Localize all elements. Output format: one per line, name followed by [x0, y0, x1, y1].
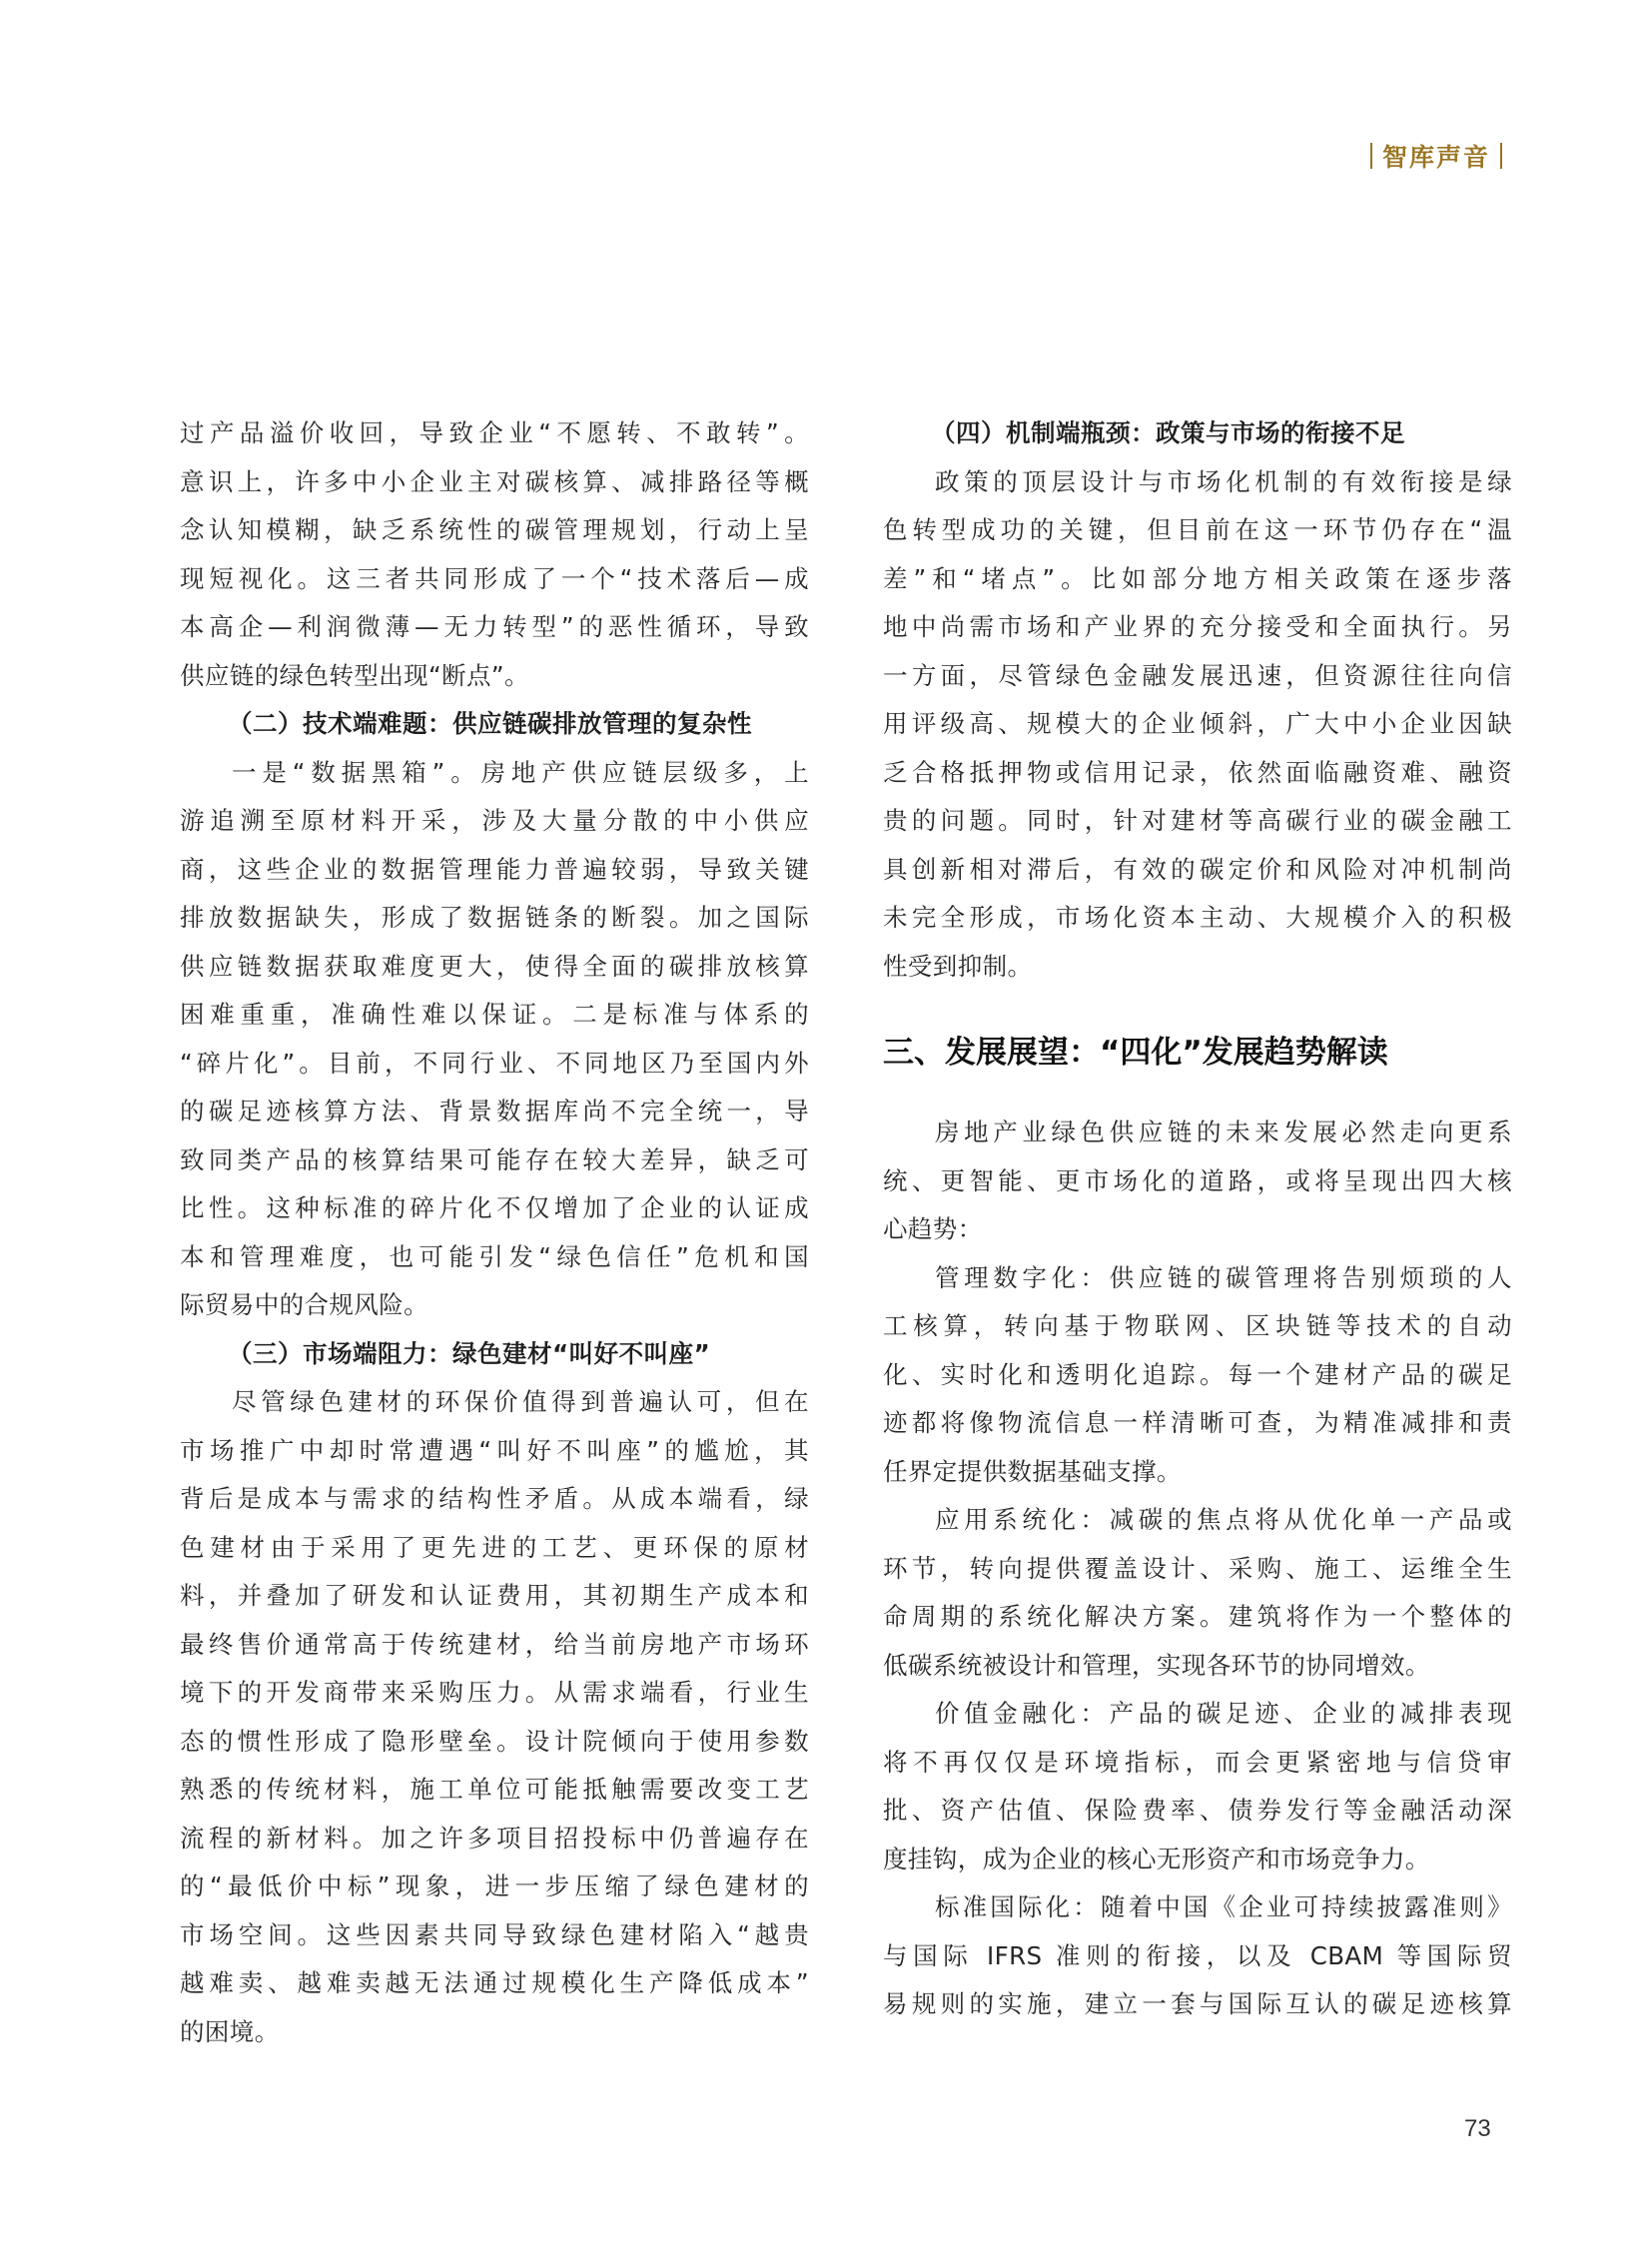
paragraph-trend-internationalization: 标准国际化：随着中国《企业可持续披露准则》 与国际 IFRS 准则的衔接，以及 … — [883, 1883, 1512, 2029]
text-line: 熟悉的传统材料，施工单位可能抵触需要改变工艺 — [180, 1766, 809, 1815]
text-line: 迹都将像物流信息一样清晰可查，为精准减排和责 — [883, 1399, 1512, 1448]
text-line: 与国际 IFRS 准则的衔接，以及 CBAM 等国际贸 — [883, 1932, 1512, 1981]
text-line: 际贸易中的合规风险。 — [180, 1281, 809, 1330]
text-line: 化、实时化和透明化追踪。每一个建材产品的碳足 — [883, 1351, 1512, 1400]
paragraph-technical: 一是“数据黑箱”。房地产供应链层级多，上 游追溯至原材料开采，涉及大量分散的中小… — [180, 749, 809, 1330]
text-line: 工核算，转向基于物联网、区块链等技术的自动 — [883, 1302, 1512, 1351]
subheading-mechanism: （四）机制端瓶颈：政策与市场的衔接不足 — [883, 409, 1512, 458]
text-line: 比性。这种标准的碎片化不仅增加了企业的认证成 — [180, 1184, 809, 1233]
text-line: 越难卖、越难卖越无法通过规模化生产降低成本” — [180, 1959, 809, 2008]
paragraph-mechanism: 政策的顶层设计与市场化机制的有效衔接是绿 色转型成功的关键，但目前在这一环节仍存… — [883, 458, 1512, 992]
text-line: 环节，转向提供覆盖设计、采购、施工、运维全生 — [883, 1545, 1512, 1594]
text-line: 批、资产估值、保险费率、债券发行等金融活动深 — [883, 1787, 1512, 1836]
paragraph-trend-systematization: 应用系统化：减碳的焦点将从优化单一产品或 环节，转向提供覆盖设计、采购、施工、运… — [883, 1496, 1512, 1690]
text-line: 乏合格抵押物或信用记录，依然面临融资难、融资 — [883, 749, 1512, 798]
text-line: 标准国际化：随着中国《企业可持续披露准则》 — [883, 1883, 1512, 1932]
text-line: 排放数据缺失，形成了数据链条的断裂。加之国际 — [180, 894, 809, 943]
text-line: 统、更智能、更市场化的道路，或将呈现出四大核 — [883, 1157, 1512, 1206]
page-number: 73 — [1464, 2115, 1491, 2143]
text-line: 命周期的系统化解决方案。建筑将作为一个整体的 — [883, 1593, 1512, 1642]
paragraph-trend-digitalization: 管理数字化：供应链的碳管理将告别烦琐的人 工核算，转向基于物联网、区块链等技术的… — [883, 1254, 1512, 1497]
text-line: 过产品溢价收回，导致企业“不愿转、不敢转”。 — [180, 409, 809, 458]
text-line: 的“最低价中标”现象，进一步压缩了绿色建材的 — [180, 1863, 809, 1911]
text-line: “碎片化”。目前，不同行业、不同地区乃至国内外 — [180, 1040, 809, 1089]
text-line: 低碳系统被设计和管理，实现各环节的协同增效。 — [883, 1642, 1512, 1691]
text-line: 意识上，许多中小企业主对碳核算、减排路径等概 — [180, 458, 809, 507]
text-line: 地中尚需市场和产业界的充分接受和全面执行。另 — [883, 603, 1512, 652]
column-tag: 智库声音 — [1370, 138, 1502, 174]
subheading-market: （三）市场端阻力：绿色建材“叫好不叫座” — [180, 1330, 809, 1379]
text-line: 供应链的绿色转型出现“断点”。 — [180, 652, 809, 701]
text-line: 政策的顶层设计与市场化机制的有效衔接是绿 — [883, 458, 1512, 507]
text-line: 商，这些企业的数据管理能力普遍较弱，导致关键 — [180, 846, 809, 895]
text-line: 性受到抑制。 — [883, 943, 1512, 992]
text-line: 应用系统化：减碳的焦点将从优化单一产品或 — [883, 1496, 1512, 1545]
text-line: 本和管理难度，也可能引发“绿色信任”危机和国 — [180, 1233, 809, 1282]
text-line: 游追溯至原材料开采，涉及大量分散的中小供应 — [180, 797, 809, 846]
left-column: 过产品溢价收回，导致企业“不愿转、不敢转”。 意识上，许多中小企业主对碳核算、减… — [180, 409, 809, 2056]
paragraph-continued: 过产品溢价收回，导致企业“不愿转、不敢转”。 意识上，许多中小企业主对碳核算、减… — [180, 409, 809, 700]
text-line: 差”和“堵点”。比如部分地方相关政策在逐步落 — [883, 555, 1512, 604]
text-line: 市场空间。这些因素共同导致绿色建材陷入“越贵 — [180, 1911, 809, 1960]
subheading-technical: （二）技术端难题：供应链碳排放管理的复杂性 — [180, 700, 809, 749]
text-line: 贵的问题。同时，针对建材等高碳行业的碳金融工 — [883, 797, 1512, 846]
text-line: 用评级高、规模大的企业倾斜，广大中小企业因缺 — [883, 700, 1512, 749]
text-line: 色建材由于采用了更先进的工艺、更环保的原材 — [180, 1524, 809, 1573]
text-line: 本高企—利润微薄—无力转型”的恶性循环，导致 — [180, 603, 809, 652]
text-line: 价值金融化：产品的碳足迹、企业的减排表现 — [883, 1690, 1512, 1739]
divider-bar-left — [1370, 143, 1372, 169]
text-line: 最终售价通常高于传统建材，给当前房地产市场环 — [180, 1621, 809, 1670]
text-line: 市场推广中却时常遭遇“叫好不叫座”的尴尬，其 — [180, 1427, 809, 1476]
text-line: 色转型成功的关键，但目前在这一环节仍存在“温 — [883, 506, 1512, 555]
text-line: 管理数字化：供应链的碳管理将告别烦琐的人 — [883, 1254, 1512, 1303]
text-line: 未完全形成，市场化资本主动、大规模介入的积极 — [883, 894, 1512, 943]
text-line: 念认知模糊，缺乏系统性的碳管理规划，行动上呈 — [180, 506, 809, 555]
text-line: 境下的开发商带来采购压力。从需求端看，行业生 — [180, 1669, 809, 1718]
text-line: 心趋势： — [883, 1205, 1512, 1254]
paragraph-market: 尽管绿色建材的环保价值得到普遍认可，但在 市场推广中却时常遭遇“叫好不叫座”的尴… — [180, 1378, 809, 2056]
text-line: 流程的新材料。加之许多项目招投标中仍普遍存在 — [180, 1815, 809, 1864]
text-line: 现短视化。这三者共同形成了一个“技术落后—成 — [180, 555, 809, 604]
text-line: 一方面，尽管绿色金融发展迅速，但资源往往向信 — [883, 652, 1512, 701]
text-line: 尽管绿色建材的环保价值得到普遍认可，但在 — [180, 1378, 809, 1427]
paragraph-intro: 房地产业绿色供应链的未来发展必然走向更系 统、更智能、更市场化的道路，或将呈现出… — [883, 1109, 1512, 1254]
text-line: 致同类产品的核算结果可能存在较大差异，缺乏可 — [180, 1136, 809, 1185]
text-line: 具创新相对滞后，有效的碳定价和风险对冲机制尚 — [883, 846, 1512, 895]
text-line: 将不再仅仅是环境指标，而会更紧密地与信贷审 — [883, 1739, 1512, 1788]
text-line: 困难重重，准确性难以保证。二是标准与体系的 — [180, 991, 809, 1040]
text-line: 易规则的实施，建立一套与国际互认的碳足迹核算 — [883, 1980, 1512, 2029]
text-line: 房地产业绿色供应链的未来发展必然走向更系 — [883, 1109, 1512, 1157]
text-line: 料，并叠加了研发和认证费用，其初期生产成本和 — [180, 1572, 809, 1621]
divider-bar-right — [1500, 143, 1502, 169]
right-column: （四）机制端瓶颈：政策与市场的衔接不足 政策的顶层设计与市场化机制的有效衔接是绿… — [883, 409, 1512, 2029]
text-line: 供应链数据获取难度更大，使得全面的碳排放核算 — [180, 943, 809, 992]
text-line: 任界定提供数据基础支撑。 — [883, 1448, 1512, 1497]
text-line: 背后是成本与需求的结构性矛盾。从成本端看，绿 — [180, 1475, 809, 1524]
column-tag-label: 智库声音 — [1382, 138, 1490, 174]
paragraph-trend-financialization: 价值金融化：产品的碳足迹、企业的减排表现 将不再仅仅是环境指标，而会更紧密地与信… — [883, 1690, 1512, 1883]
text-line: 度挂钩，成为企业的核心无形资产和市场竞争力。 — [883, 1836, 1512, 1884]
section-title: 三、发展展望：“四化”发展趋势解读 — [883, 1029, 1512, 1077]
text-line: 一是“数据黑箱”。房地产供应链层级多，上 — [180, 749, 809, 798]
text-line: 态的惯性形成了隐形壁垒。设计院倾向于使用参数 — [180, 1718, 809, 1767]
text-line: 的碳足迹核算方法、背景数据库尚不完全统一，导 — [180, 1088, 809, 1136]
text-line: 的困境。 — [180, 2008, 809, 2057]
